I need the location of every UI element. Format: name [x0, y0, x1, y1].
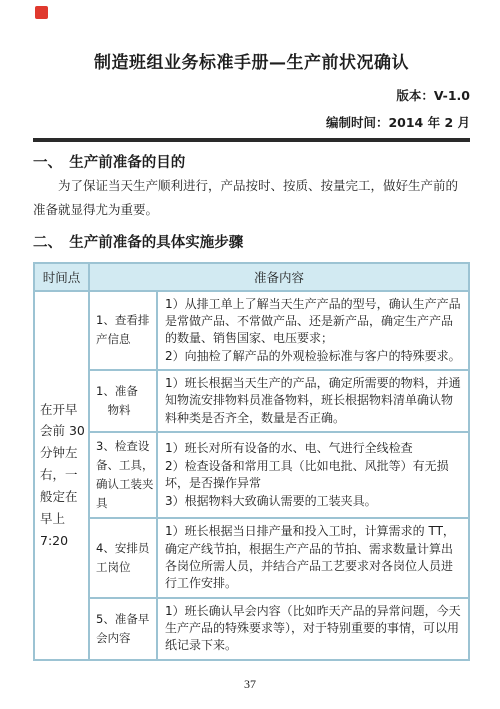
page-number: 37 [0, 677, 500, 692]
step-label: 1、查看排产信息 [89, 291, 157, 371]
table-row: 4、安排员工岗位 1）班长根据当日排产量和投入工时，计算需求的 TT，确定产线节… [34, 518, 469, 598]
column-header-timepoint: 时间点 [34, 263, 89, 291]
table-row: 1、准备 物料 1）班长根据当天生产的产品，确定所需要的物料，并通知物流安排物料… [34, 370, 469, 432]
document-page: 制造班组业务标准手册—生产前状况确认 版本：V-1.0 编制时间：2014 年 … [0, 0, 500, 709]
step-label: 3、检查设备、工具，确认工装夹具 [89, 432, 157, 518]
version-label: 版本：V-1.0 [33, 86, 470, 104]
table-header-row: 时间点 准备内容 [34, 263, 469, 291]
date-label: 编制时间：2014 年 2 月 [33, 113, 470, 131]
section-1-body: 为了保证当天生产顺利进行，产品按时、按质、按量完工，做好生产前的准备就显得尤为重… [33, 174, 470, 222]
step-content: 1）从排工单上了解当天生产产品的型号，确认生产产品是常做产品、不常做产品、还是新… [157, 291, 469, 371]
red-marker-icon [35, 6, 48, 19]
step-content: 1）班长对所有设备的水、电、气进行全线检查 2）检查设备和常用工具（比如电批、风… [157, 432, 469, 518]
table-row: 5、准备早会内容 1）班长确认早会内容（比如昨天产品的异常问题，今天生产产品的特… [34, 598, 469, 660]
section-1-heading: 一、 生产前准备的目的 [33, 151, 470, 172]
header-divider [33, 138, 470, 142]
step-label: 4、安排员工岗位 [89, 518, 157, 598]
step-label: 5、准备早会内容 [89, 598, 157, 660]
timepoint-cell: 在开早会前 30 分钟左右，一般定在早上 7:20 [34, 291, 89, 660]
step-content: 1）班长确认早会内容（比如昨天产品的异常问题，今天生产产品的特殊要求等），对于特… [157, 598, 469, 660]
step-content: 1）班长根据当天生产的产品，确定所需要的物料，并通知物流安排物料员准备物料，班长… [157, 370, 469, 432]
column-header-content: 准备内容 [89, 263, 469, 291]
section-2-heading: 二、 生产前准备的具体实施步骤 [33, 231, 470, 252]
page-title: 制造班组业务标准手册—生产前状况确认 [33, 48, 470, 73]
table-row: 3、检查设备、工具，确认工装夹具 1）班长对所有设备的水、电、气进行全线检查 2… [34, 432, 469, 518]
table-row: 在开早会前 30 分钟左右，一般定在早上 7:20 1、查看排产信息 1）从排工… [34, 291, 469, 371]
step-label: 1、准备 物料 [89, 370, 157, 432]
preparation-steps-table: 时间点 准备内容 在开早会前 30 分钟左右，一般定在早上 7:20 1、查看排… [33, 262, 470, 661]
step-content: 1）班长根据当日排产量和投入工时，计算需求的 TT，确定产线节拍，根据生产产品的… [157, 518, 469, 598]
